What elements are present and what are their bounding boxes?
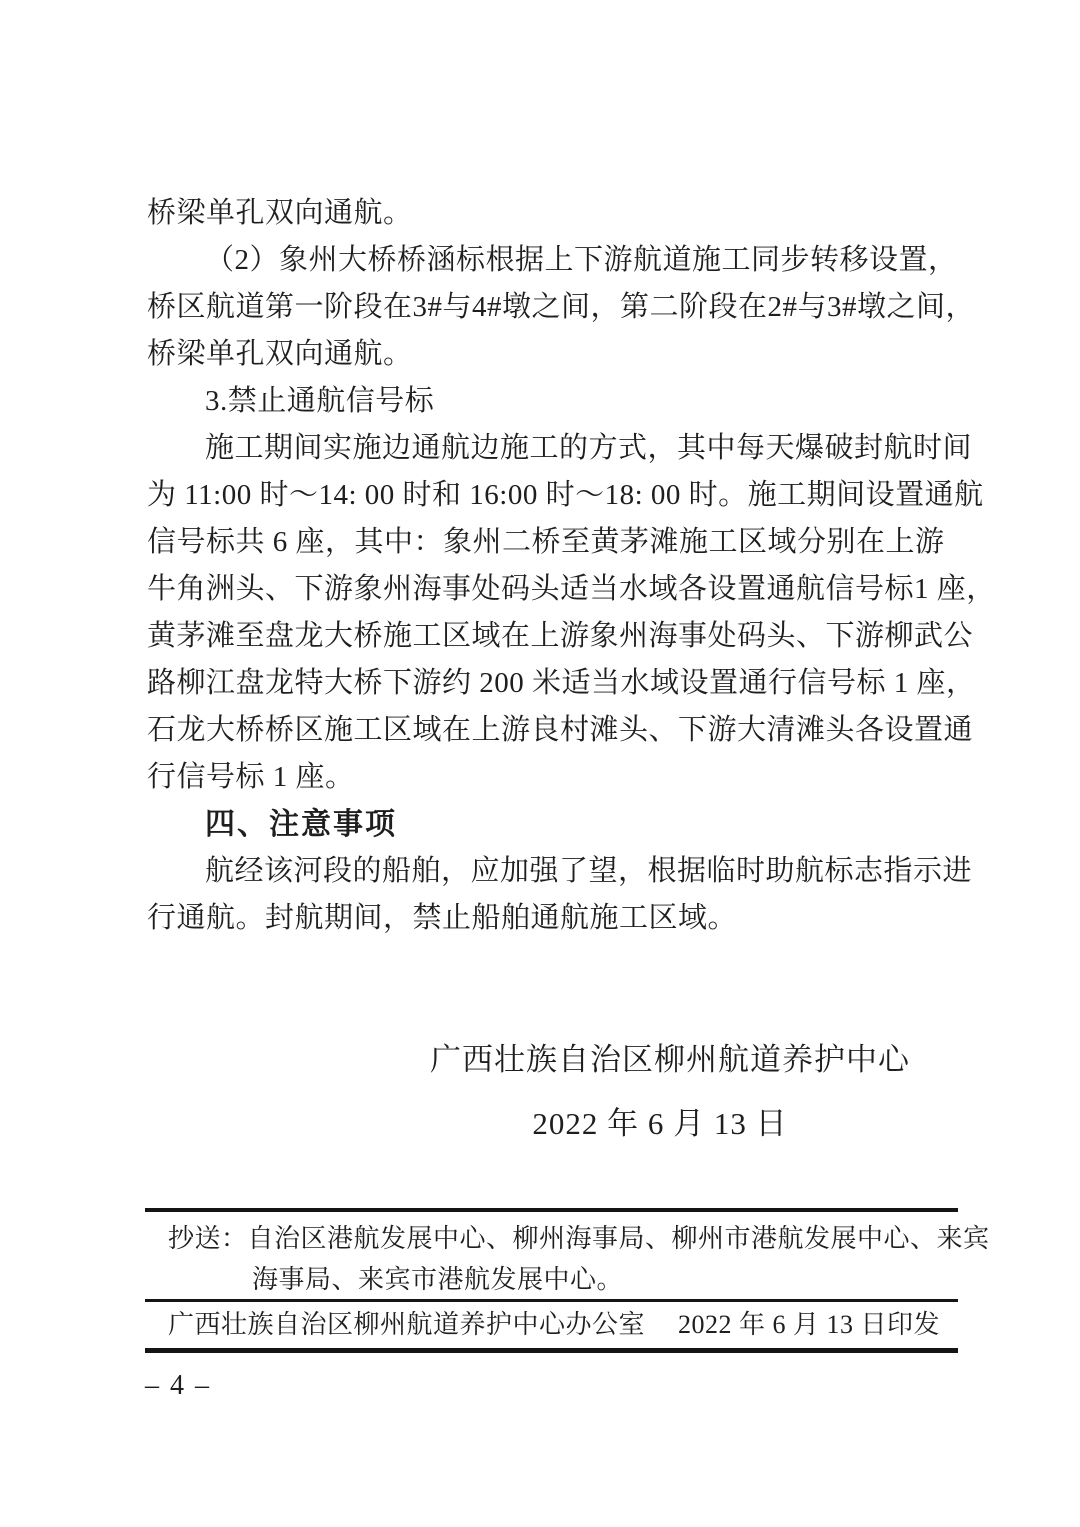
body-line: 施工期间实施边通航边施工的方式，其中每天爆破封航时间 [147, 425, 963, 472]
body-line: 行信号标 1 座。 [147, 754, 963, 801]
body-line: 桥梁单孔双向通航。 [147, 190, 963, 237]
signature-org: 广西壮族自治区柳州航道养护中心 [430, 1028, 890, 1092]
imprint-row: 广西壮族自治区柳州航道养护中心办公室 2022 年 6 月 13 日印发 [168, 1304, 940, 1346]
body-line: 3.禁止通航信号标 [147, 378, 963, 425]
body-line: （2）象州大桥桥涵标根据上下游航道施工同步转移设置， [147, 237, 963, 284]
divider-top [145, 1208, 958, 1212]
body-line: 信号标共 6 座，其中：象州二桥至黄茅滩施工区域分别在上游 [147, 519, 963, 566]
document-page: 桥梁单孔双向通航。 （2）象州大桥桥涵标根据上下游航道施工同步转移设置， 桥区航… [0, 0, 1080, 1527]
imprint-date: 2022 年 6 月 13 日印发 [678, 1304, 940, 1346]
cc-line: 海事局、来宾市港航发展中心。 [252, 1259, 623, 1300]
body-line: 石龙大桥桥区施工区域在上游良村滩头、下游大清滩头各设置通 [147, 707, 963, 754]
body-line: 桥梁单孔双向通航。 [147, 331, 963, 378]
section-heading: 四、注意事项 [147, 801, 963, 848]
cc-text: 自治区港航发展中心、柳州海事局、柳州市港航发展中心、来宾 [248, 1224, 990, 1253]
divider-bottom [145, 1348, 958, 1353]
divider-middle [145, 1299, 958, 1302]
body-line: 航经该河段的船舶，应加强了望，根据临时助航标志指示进 [147, 848, 963, 895]
imprint-office: 广西壮族自治区柳州航道养护中心办公室 [168, 1304, 645, 1346]
body-line: 为 11:00 时～14: 00 时和 16:00 时～18: 00 时。施工期… [147, 472, 963, 519]
body-line: 行通航。封航期间，禁止船舶通航施工区域。 [147, 895, 963, 942]
body-line: 牛角洲头、下游象州海事处码头适当水域各设置通航信号标1 座， [147, 566, 963, 613]
cc-line: 抄送：自治区港航发展中心、柳州海事局、柳州市港航发展中心、来宾 [168, 1218, 990, 1259]
document-body: 桥梁单孔双向通航。 （2）象州大桥桥涵标根据上下游航道施工同步转移设置， 桥区航… [147, 190, 963, 942]
cc-label: 抄送： [168, 1224, 248, 1253]
page-number: – 4 – [145, 1368, 211, 1404]
body-line: 黄茅滩至盘龙大桥施工区域在上游象州海事处码头、下游柳武公 [147, 613, 963, 660]
body-line: 路柳江盘龙特大桥下游约 200 米适当水域设置通行信号标 1 座， [147, 660, 963, 707]
signature-block: 广西壮族自治区柳州航道养护中心 2022 年 6 月 13 日 [430, 1028, 890, 1156]
signature-date: 2022 年 6 月 13 日 [430, 1092, 890, 1156]
body-line: 桥区航道第一阶段在3#与4#墩之间，第二阶段在2#与3#墩之间， [147, 284, 963, 331]
